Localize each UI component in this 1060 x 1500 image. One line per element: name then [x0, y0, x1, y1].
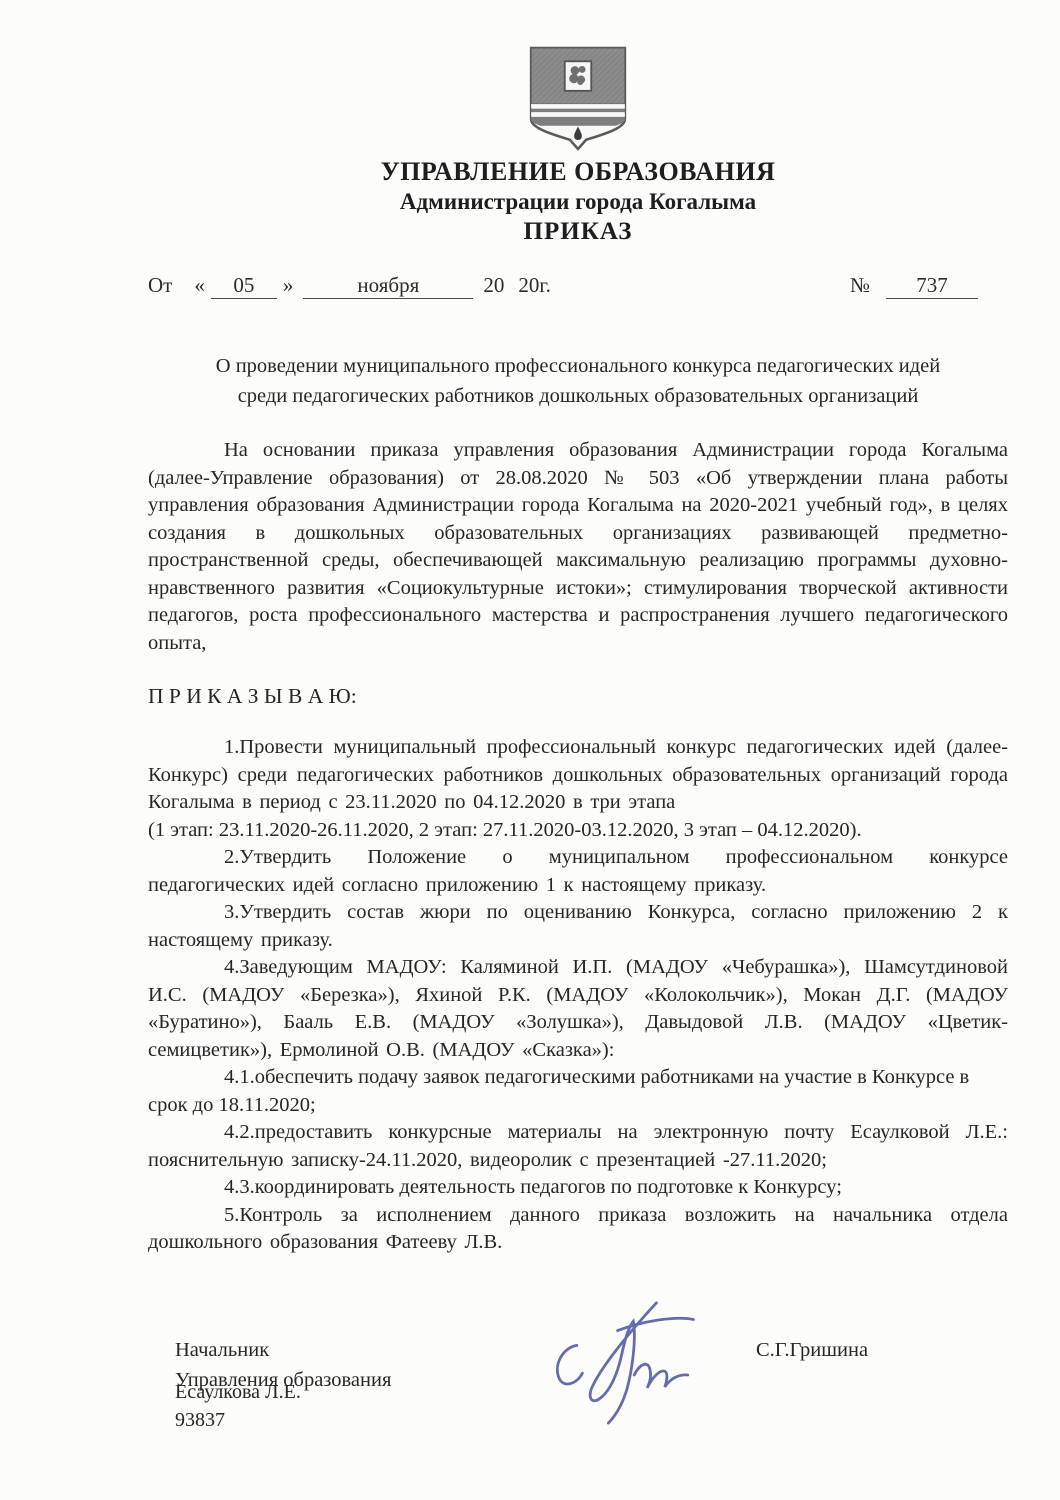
order-number-field: 737 [886, 273, 978, 299]
date-month-field: ноября [303, 273, 473, 299]
number-sign: № [850, 273, 870, 298]
org-name-line1: УПРАВЛЕНИЕ ОБРАЗОВАНИЯ [148, 156, 1008, 187]
preamble-paragraph: На основании приказа управления образова… [148, 437, 1008, 657]
signer-name: С.Г.Гришина [756, 1339, 868, 1362]
handwritten-signature [538, 1295, 723, 1430]
executor-block: Есаулкова Л.Е. 93837 [175, 1378, 301, 1434]
executor-phone: 93837 [175, 1406, 301, 1434]
order-item-4-3: 4.3.координировать деятельность педагого… [148, 1174, 1008, 1202]
date-group: От « 05 » ноября 20 20г. [148, 273, 551, 299]
date-day-field: 05 [211, 273, 277, 299]
subject-line2: среди педагогических работников дошкольн… [148, 381, 1008, 411]
kogalym-coat-of-arms [526, 46, 630, 152]
order-item-1: 1.Провести муниципальный профессиональны… [148, 734, 1008, 817]
order-item-3: 3.Утвердить состав жюри по оцениванию Ко… [148, 899, 1008, 954]
order-item-2: 2.Утвердить Положение о муниципальном пр… [148, 844, 1008, 899]
document-type-title: ПРИКАЗ [148, 216, 1008, 247]
date-year-prefix: 20 [483, 273, 504, 298]
squirrel-square [565, 61, 592, 91]
order-item-4-2: 4.2.предоставить конкурсные материалы на… [148, 1119, 1008, 1174]
stripe-dark [531, 109, 625, 113]
date-year-suffix: 20г. [518, 273, 551, 298]
order-item-5: 5.Контроль за исполнением данного приказ… [148, 1202, 1008, 1257]
stripe-dark-band [531, 117, 625, 126]
order-item-1-stages: (1 этап: 23.11.2020-26.11.2020, 2 этап: … [148, 817, 1008, 845]
coat-of-arms-svg [526, 46, 630, 152]
org-name-line2: Администрации города Когалыма [148, 187, 1008, 216]
order-word: П Р И К А З Ы В А Ю: [148, 683, 1008, 710]
order-item-4-1: 4.1.обеспечить подачу заявок педагогичес… [148, 1064, 1008, 1119]
date-number-line: От « 05 » ноября 20 20г. № 737 [148, 273, 1008, 299]
date-from-label: От [148, 273, 172, 298]
number-group: № 737 [850, 273, 978, 299]
open-quote: « [194, 273, 205, 298]
signer-position-line1: Начальник [175, 1335, 391, 1365]
stripe-white-2 [531, 112, 625, 117]
close-quote: » [283, 273, 294, 298]
order-item-4: 4.Заведующим МАДОУ: Каляминой И.П. (МАДО… [148, 954, 1008, 1064]
document-page: УПРАВЛЕНИЕ ОБРАЗОВАНИЯ Администрации гор… [0, 0, 1060, 1500]
document-subject: О проведении муниципального профессионал… [148, 351, 1008, 411]
subject-line1: О проведении муниципального профессионал… [148, 351, 1008, 381]
executor-name: Есаулкова Л.Е. [175, 1378, 301, 1406]
stripe-white-1 [531, 104, 625, 109]
